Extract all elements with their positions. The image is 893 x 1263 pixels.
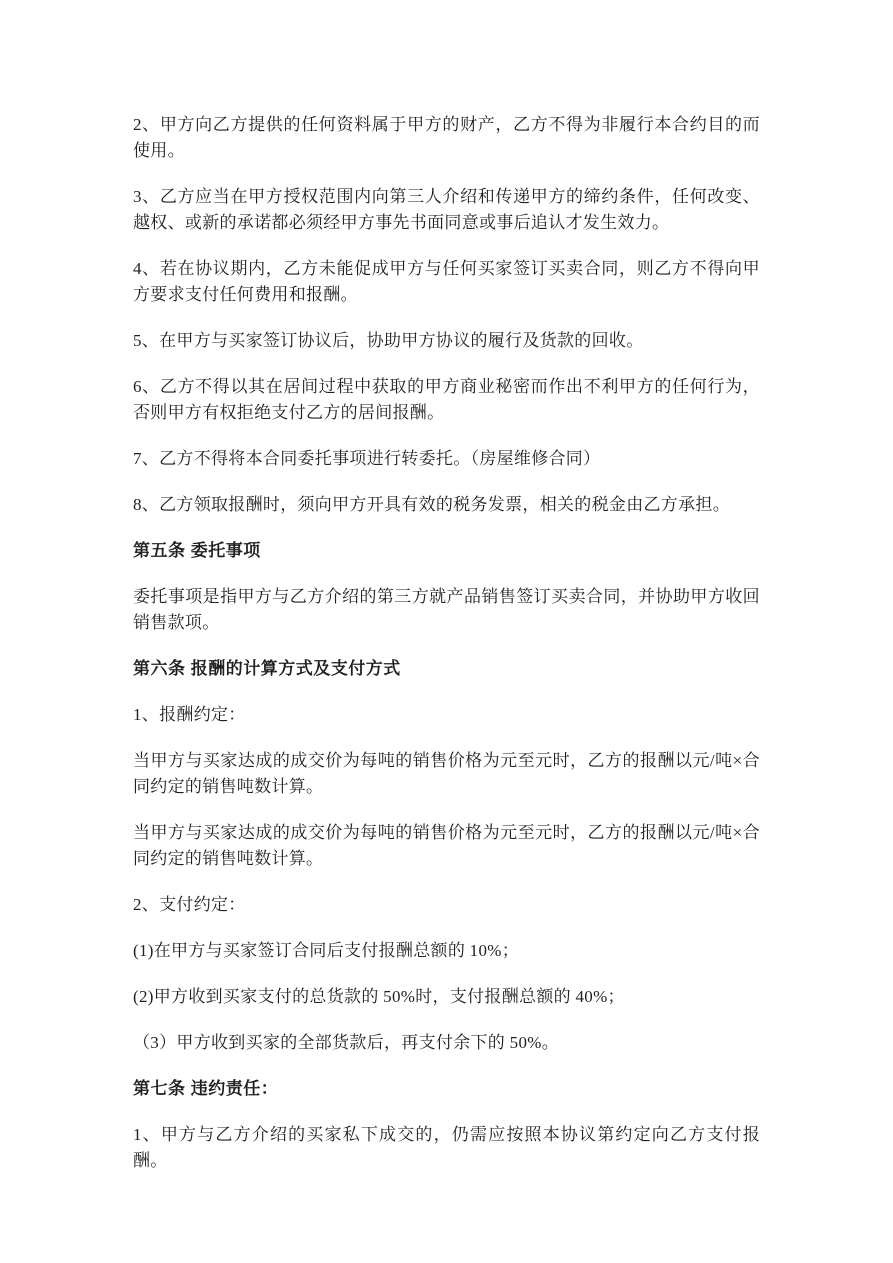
contract-paragraph: 7、乙方不得将本合同委托事项进行转委托。（房屋维修合同） xyxy=(133,446,760,472)
contract-paragraph: (2)甲方收到买家支付的总货款的 50%时，支付报酬总额的 40%； xyxy=(133,984,760,1010)
contract-paragraph: 5、在甲方与买家签订协议后，协助甲方协议的履行及货款的回收。 xyxy=(133,328,760,354)
contract-paragraph: 委托事项是指甲方与乙方介绍的第三方就产品销售签订买卖合同，并协助甲方收回销售款项… xyxy=(133,584,760,636)
document-page: 2、甲方向乙方提供的任何资料属于甲方的财产，乙方不得为非履行本合约目的而使用。3… xyxy=(0,0,893,1263)
contract-paragraph: 当甲方与买家达成的成交价为每吨的销售价格为元至元时，乙方的报酬以元/吨×合同约定… xyxy=(133,820,760,872)
contract-body: 2、甲方向乙方提供的任何资料属于甲方的财产，乙方不得为非履行本合约目的而使用。3… xyxy=(133,112,760,1174)
section-heading: 第七条 违约责任： xyxy=(133,1076,760,1102)
contract-paragraph: 1、报酬约定： xyxy=(133,702,760,728)
contract-paragraph: 4、若在协议期内，乙方未能促成甲方与任何买家签订买卖合同，则乙方不得向甲方要求支… xyxy=(133,256,760,308)
contract-paragraph: 3、乙方应当在甲方授权范围内向第三人介绍和传递甲方的缔约条件，任何改变、越权、或… xyxy=(133,184,760,236)
contract-paragraph: 8、乙方领取报酬时，须向甲方开具有效的税务发票，相关的税金由乙方承担。 xyxy=(133,492,760,518)
contract-paragraph: (1)在甲方与买家签订合同后支付报酬总额的 10%； xyxy=(133,938,760,964)
section-heading: 第五条 委托事项 xyxy=(133,538,760,564)
contract-paragraph: 2、支付约定： xyxy=(133,892,760,918)
contract-paragraph: 2、甲方向乙方提供的任何资料属于甲方的财产，乙方不得为非履行本合约目的而使用。 xyxy=(133,112,760,164)
contract-paragraph: 6、乙方不得以其在居间过程中获取的甲方商业秘密而作出不利甲方的任何行为，否则甲方… xyxy=(133,374,760,426)
contract-paragraph: 1、甲方与乙方介绍的买家私下成交的，仍需应按照本协议第约定向乙方支付报酬。 xyxy=(133,1122,760,1174)
section-heading: 第六条 报酬的计算方式及支付方式 xyxy=(133,656,760,682)
contract-paragraph: 当甲方与买家达成的成交价为每吨的销售价格为元至元时，乙方的报酬以元/吨×合同约定… xyxy=(133,748,760,800)
contract-paragraph: （3）甲方收到买家的全部货款后，再支付余下的 50%。 xyxy=(133,1030,760,1056)
